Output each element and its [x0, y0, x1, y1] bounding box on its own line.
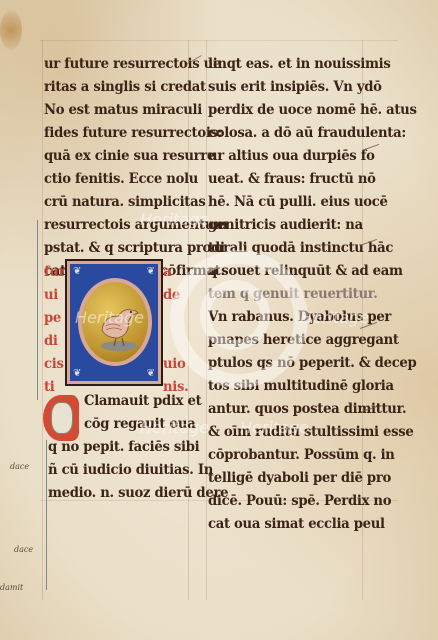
- text-line: suis erit insipiēs. Vn ydō: [208, 75, 368, 99]
- parchment-stain: [0, 10, 22, 50]
- text-line: perdix de uoce nomē hē. atus: [208, 98, 368, 122]
- rubric-text: cis: [44, 352, 66, 376]
- rubric-text: fur: [44, 260, 66, 284]
- text-line: genitricis audierit: na: [208, 213, 368, 237]
- decorated-initial-c: [43, 395, 79, 441]
- manuscript-page: ur future resurrectois ue ritas a singli…: [0, 0, 438, 640]
- text-line: ur altius oua durpiēs fo: [208, 144, 368, 168]
- watermark-text: Heritage: [240, 418, 309, 437]
- filigree-ornament: ❦: [73, 266, 81, 277]
- text-line: colosa. a dō aū fraudulenta:: [208, 121, 368, 145]
- text-line: cōprobantur. Possūm q. in: [208, 443, 368, 467]
- text-line: No est matus miraculi: [44, 98, 189, 122]
- border-vine: [46, 440, 47, 590]
- margin-note: damit: [0, 583, 23, 592]
- text-line: ctio fenitis. Ecce nolu: [44, 167, 189, 191]
- text-line: quā ex cinie sua resurre: [44, 144, 189, 168]
- text-line: Clamauit pdix et: [84, 389, 201, 413]
- text-line: ñ cū iudicio diuitias. In: [48, 458, 228, 482]
- text-line: fides future resurrectois:: [44, 121, 189, 145]
- text-line: ritas a singlis si credat: [44, 75, 189, 99]
- watermark-text: Heritage: [300, 308, 369, 327]
- rubric-text: pe: [44, 306, 66, 330]
- text-line: hē. Nā cū pulli. eius uocē: [208, 190, 368, 214]
- text-line: ueat. & fraus: fructū nō: [208, 167, 368, 191]
- left-column-lower: q no pepit. faciēs sibi ñ cū iudicio diu…: [48, 436, 228, 505]
- text-line: pstat. & q scriptura prodi: [44, 236, 189, 260]
- watermark-text: Heritage: [140, 210, 209, 229]
- text-line: ur future resurrectois ue: [44, 52, 189, 76]
- rubric-text: ui: [44, 283, 66, 307]
- text-line: q no pepit. faciēs sibi: [48, 435, 228, 459]
- ruling-line: [40, 40, 398, 41]
- filigree-ornament: ❦: [73, 368, 81, 379]
- filigree-ornament: ❦: [147, 368, 155, 379]
- margin-note: dace: [10, 462, 29, 471]
- initial-infill: [51, 402, 73, 434]
- filigree-ornament: ❦: [147, 266, 155, 277]
- text-line: linqt eas. et in nouissimis: [208, 52, 368, 76]
- rubric-left: fur ui pe di cis ti: [44, 261, 66, 399]
- watermark-text: Heritage: [75, 308, 144, 327]
- text-line: cat oua simat ecclia peul: [208, 512, 368, 536]
- border-vine: [37, 220, 38, 400]
- watermark-text: Heritage: [140, 418, 209, 437]
- text-line: telligē dyaboli per diē pro: [208, 466, 368, 490]
- ruling-line: [42, 40, 43, 600]
- left-column: ur future resurrectois ue ritas a singli…: [44, 53, 189, 283]
- watermark-logo: [200, 280, 270, 350]
- rubric-text: di: [44, 329, 66, 353]
- margin-note: dace: [14, 545, 33, 554]
- text-line: dicē. Pouū: spē. Perdix no: [208, 489, 368, 513]
- text-line: medio. n. suoz dierū dere: [48, 481, 228, 505]
